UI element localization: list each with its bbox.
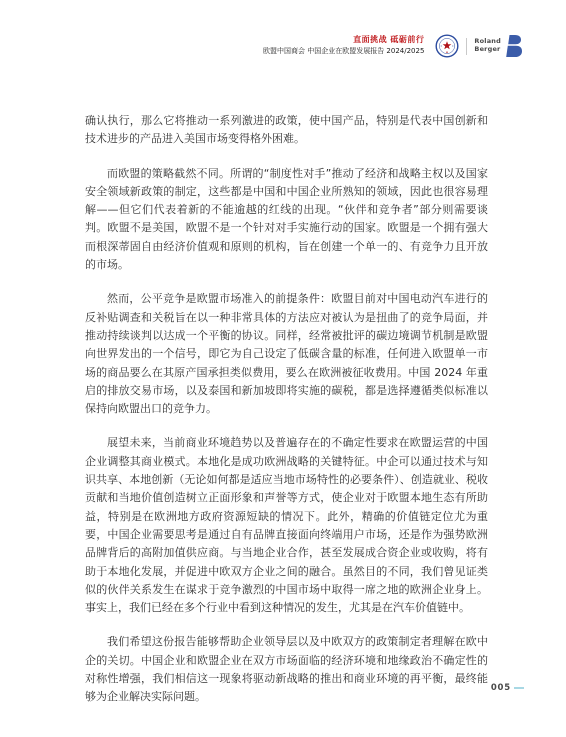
page-footer: 005: [491, 683, 524, 693]
report-slogan: 直面挑战 砥砺前行: [263, 36, 424, 45]
page-header: 直面挑战 砥砺前行 欧盟中国商会 中国企业在欧盟发展报告 2024/2025 R…: [263, 34, 522, 58]
roland-berger-logo: Roland Berger: [474, 35, 522, 57]
body-paragraph: 然而，公平竞争是欧盟市场准入的前提条件：欧盟目前对中国电动汽车进行的反补贴调查和…: [85, 290, 488, 418]
body-paragraph: 确认执行，那么它将推动一系列激进的政策，使中国产品，特别是代表中国创新和技术进步…: [85, 112, 488, 149]
header-divider: [466, 38, 467, 55]
body-paragraph: 而欧盟的策略截然不同。所谓的“制度性对手”推动了经济和战略主权以及国家安全领域新…: [85, 165, 488, 275]
header-text-block: 直面挑战 砥砺前行 欧盟中国商会 中国企业在欧盟发展报告 2024/2025: [263, 36, 424, 55]
roland-berger-line2: Berger: [474, 46, 501, 54]
ccceu-seal-icon: [435, 34, 459, 58]
report-page: 直面挑战 砥砺前行 欧盟中国商会 中国企业在欧盟发展报告 2024/2025 R…: [0, 0, 566, 737]
roland-berger-b-icon: [505, 35, 522, 57]
report-subtitle: 欧盟中国商会 中国企业在欧盟发展报告 2024/2025: [263, 48, 424, 56]
report-body: 确认执行，那么它将推动一系列激进的政策，使中国产品，特别是代表中国创新和技术进步…: [85, 112, 488, 723]
roland-berger-wordmark: Roland Berger: [474, 38, 501, 54]
body-paragraph: 我们希望这份报告能够帮助企业领导层以及中欧双方的政策制定者理解在欧中企的关切。中…: [85, 633, 488, 706]
body-paragraph: 展望未来，当前商业环境趋势以及普遍存在的不确定性要求在欧盟运营的中国企业调整其商…: [85, 434, 488, 617]
page-number-dash: [514, 687, 524, 689]
page-number: 005: [491, 683, 511, 693]
